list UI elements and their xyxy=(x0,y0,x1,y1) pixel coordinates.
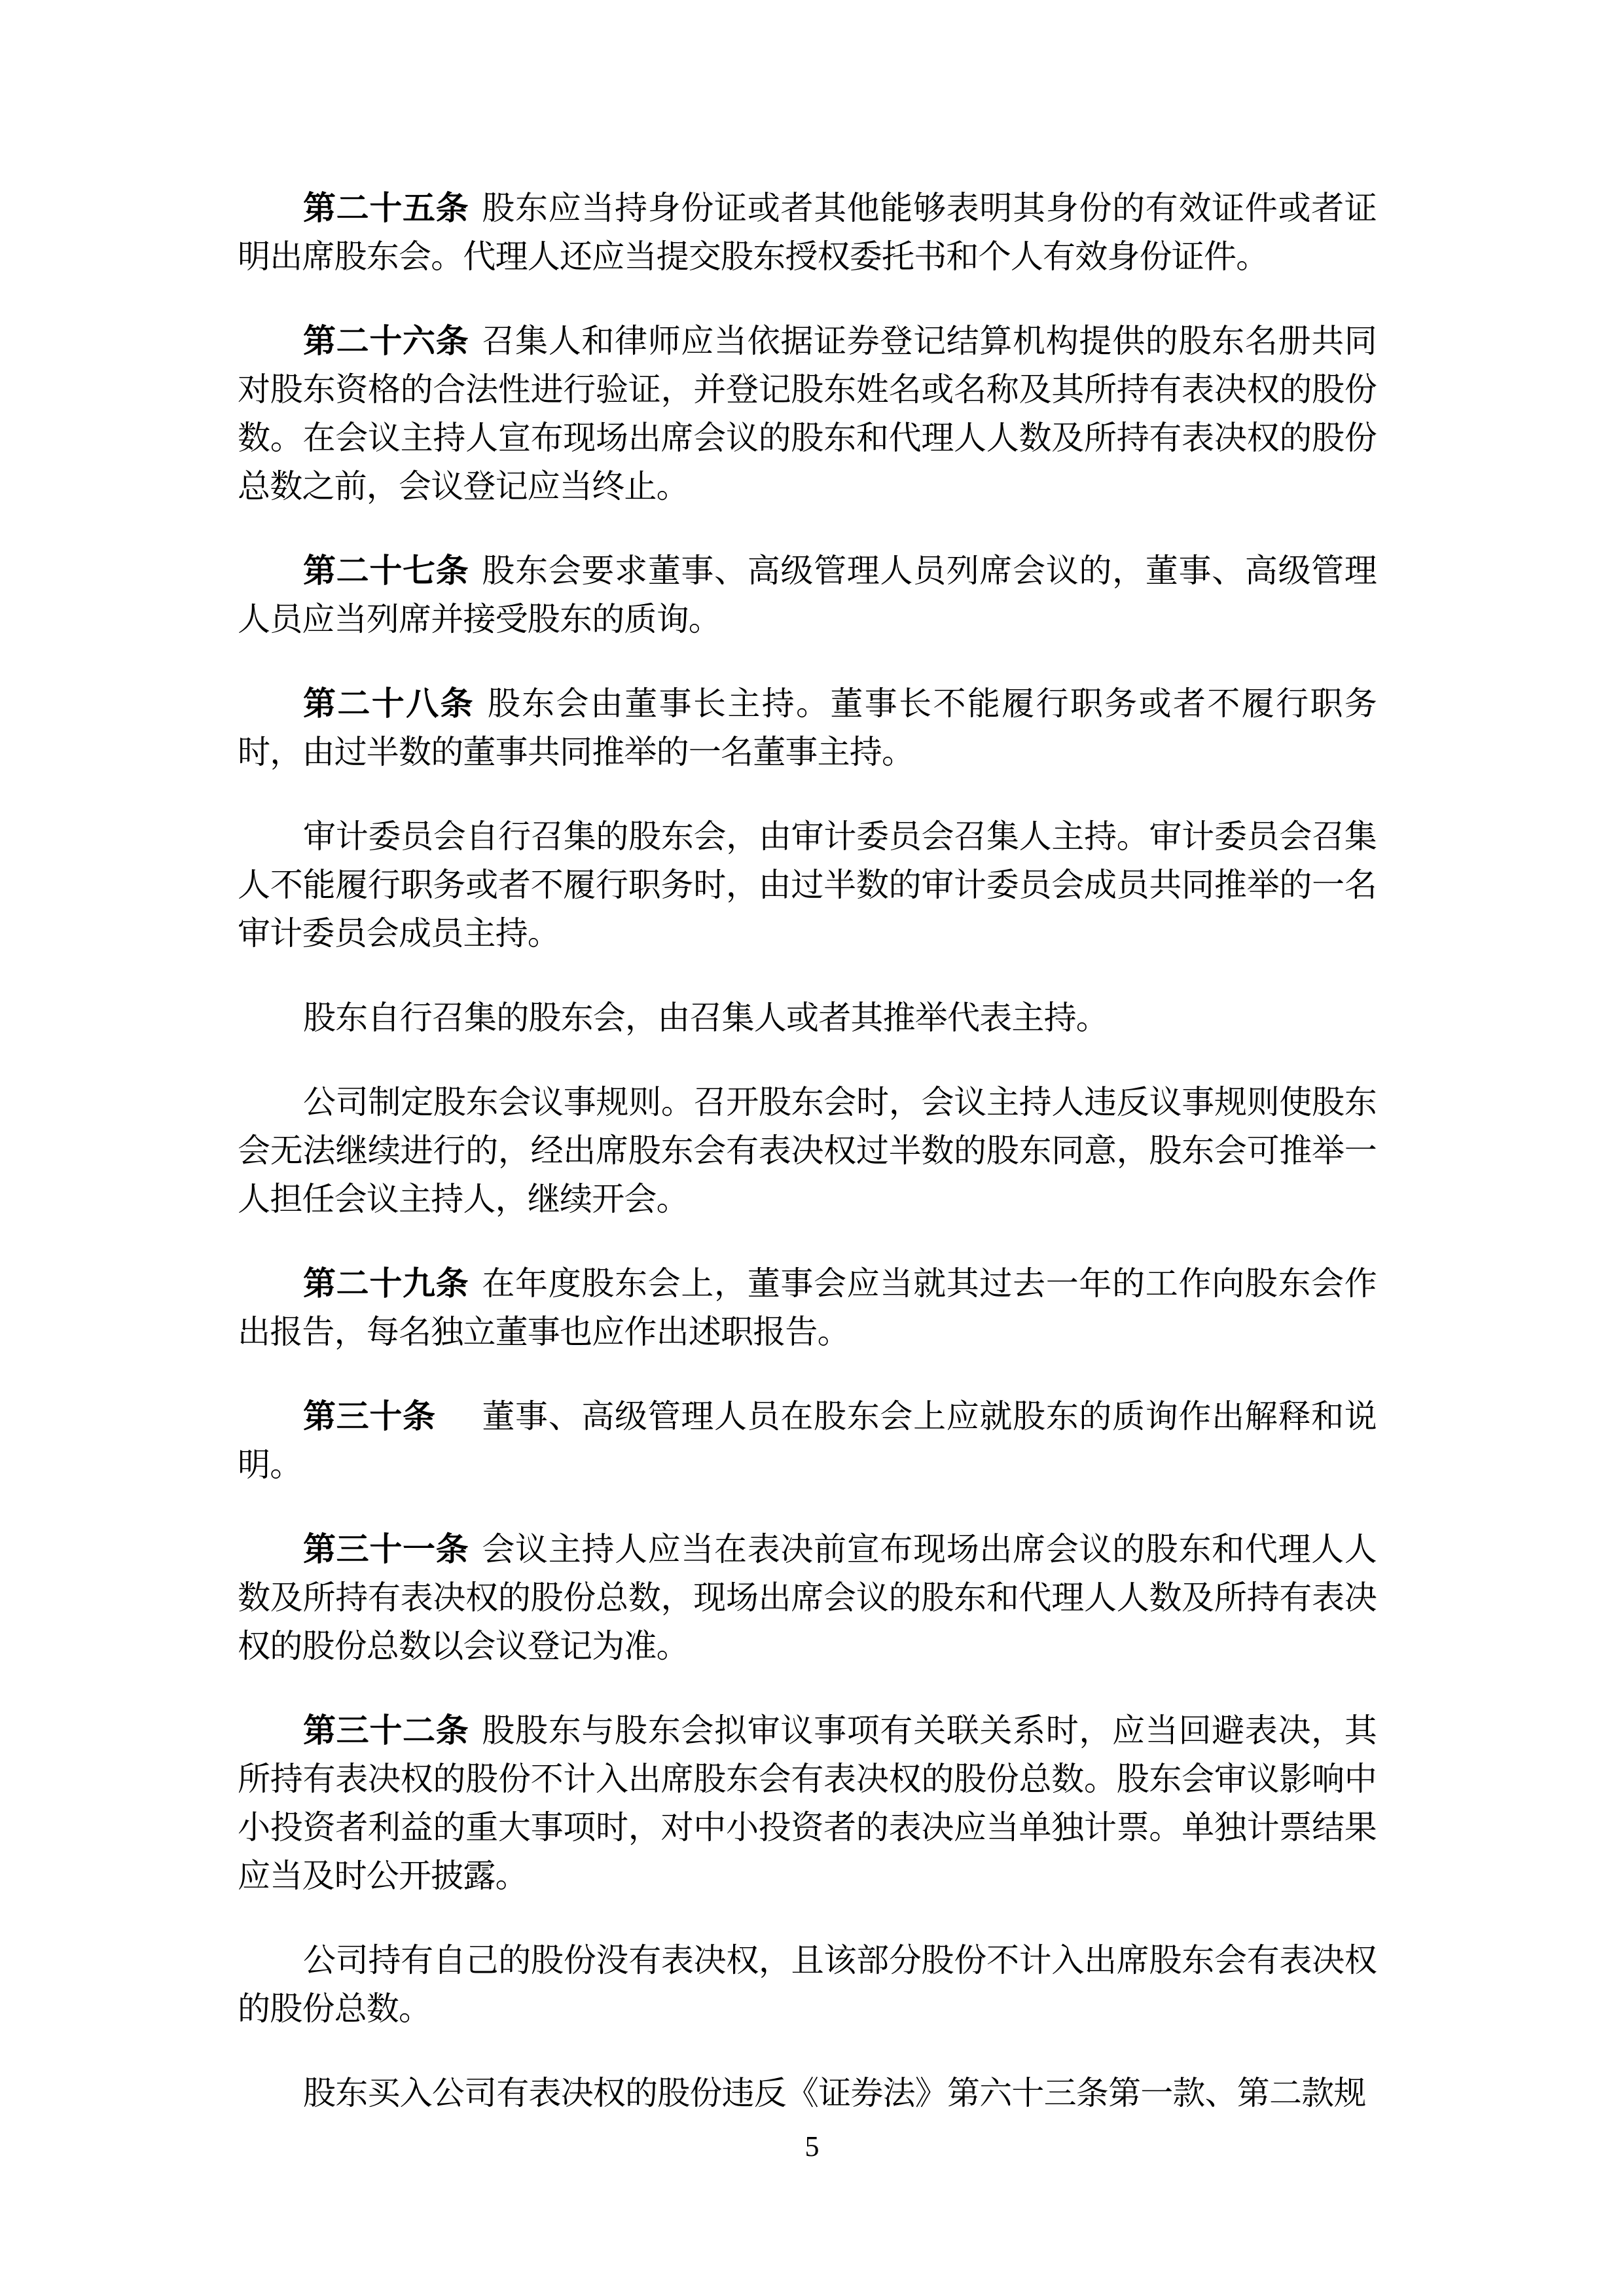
paragraph: 股东自行召集的股东会，由召集人或者其推举代表主持。 xyxy=(238,994,1377,1042)
paragraph: 股东买入公司有表决权的股份违反《证券法》第六十三条第一款、第二款规 xyxy=(238,2069,1377,2117)
article-number: 第三十一条 xyxy=(303,1531,469,1568)
article-number: 第三十条 xyxy=(303,1398,436,1435)
document-body: 第二十五条股东应当持身份证或者其他能够表明其身份的有效证件或者证明出席股东会。代… xyxy=(238,184,1377,2117)
article-number: 第三十二条 xyxy=(303,1712,469,1749)
paragraph-text: 股东自行召集的股东会，由召集人或者其推举代表主持。 xyxy=(303,999,1108,1036)
paragraph: 第二十八条股东会由董事长主持。董事长不能履行职务或者不履行职务时，由过半数的董事… xyxy=(238,679,1377,776)
paragraph-text: 公司持有自己的股份没有表决权，且该部分股份不计入出席股东会有表决权的股份总数。 xyxy=(238,1942,1377,2027)
paragraph: 公司持有自己的股份没有表决权，且该部分股份不计入出席股东会有表决权的股份总数。 xyxy=(238,1936,1377,2033)
paragraph: 第二十六条召集人和律师应当依据证券登记结算机构提供的股东名册共同对股东资格的合法… xyxy=(238,317,1377,511)
paragraph-text: 审计委员会自行召集的股东会，由审计委员会召集人主持。审计委员会召集人不能履行职务… xyxy=(238,818,1377,952)
paragraph: 第三十二条股股东与股东会拟审议事项有关联关系时，应当回避表决，其所持有表决权的股… xyxy=(238,1706,1377,1900)
page-number: 5 xyxy=(0,2132,1624,2161)
paragraph: 第二十七条股东会要求董事、高级管理人员列席会议的，董事、高级管理人员应当列席并接… xyxy=(238,547,1377,643)
article-number: 第二十八条 xyxy=(303,685,475,722)
paragraph-text: 公司制定股东会议事规则。召开股东会时，会议主持人违反议事规则使股东会无法继续进行… xyxy=(238,1084,1377,1217)
article-number: 第二十九条 xyxy=(303,1265,469,1302)
paragraph: 第三十条 董事、高级管理人员在股东会上应就股东的质询作出解释和说明。 xyxy=(238,1392,1377,1489)
paragraph-text: 股东买入公司有表决权的股份违反《证券法》第六十三条第一款、第二款规 xyxy=(303,2075,1366,2111)
paragraph: 审计委员会自行召集的股东会，由审计委员会召集人主持。审计委员会召集人不能履行职务… xyxy=(238,812,1377,958)
paragraph: 第二十九条在年度股东会上，董事会应当就其过去一年的工作向股东会作出报告，每名独立… xyxy=(238,1259,1377,1356)
article-number: 第二十六条 xyxy=(303,323,469,359)
paragraph: 第三十一条会议主持人应当在表决前宣布现场出席会议的股东和代理人人数及所持有表决权… xyxy=(238,1525,1377,1670)
article-number: 第二十七条 xyxy=(303,552,469,589)
article-number: 第二十五条 xyxy=(303,190,469,226)
paragraph: 第二十五条股东应当持身份证或者其他能够表明其身份的有效证件或者证明出席股东会。代… xyxy=(238,184,1377,281)
paragraph: 公司制定股东会议事规则。召开股东会时，会议主持人违反议事规则使股东会无法继续进行… xyxy=(238,1078,1377,1223)
document-page: 第二十五条股东应当持身份证或者其他能够表明其身份的有效证件或者证明出席股东会。代… xyxy=(0,0,1624,2296)
